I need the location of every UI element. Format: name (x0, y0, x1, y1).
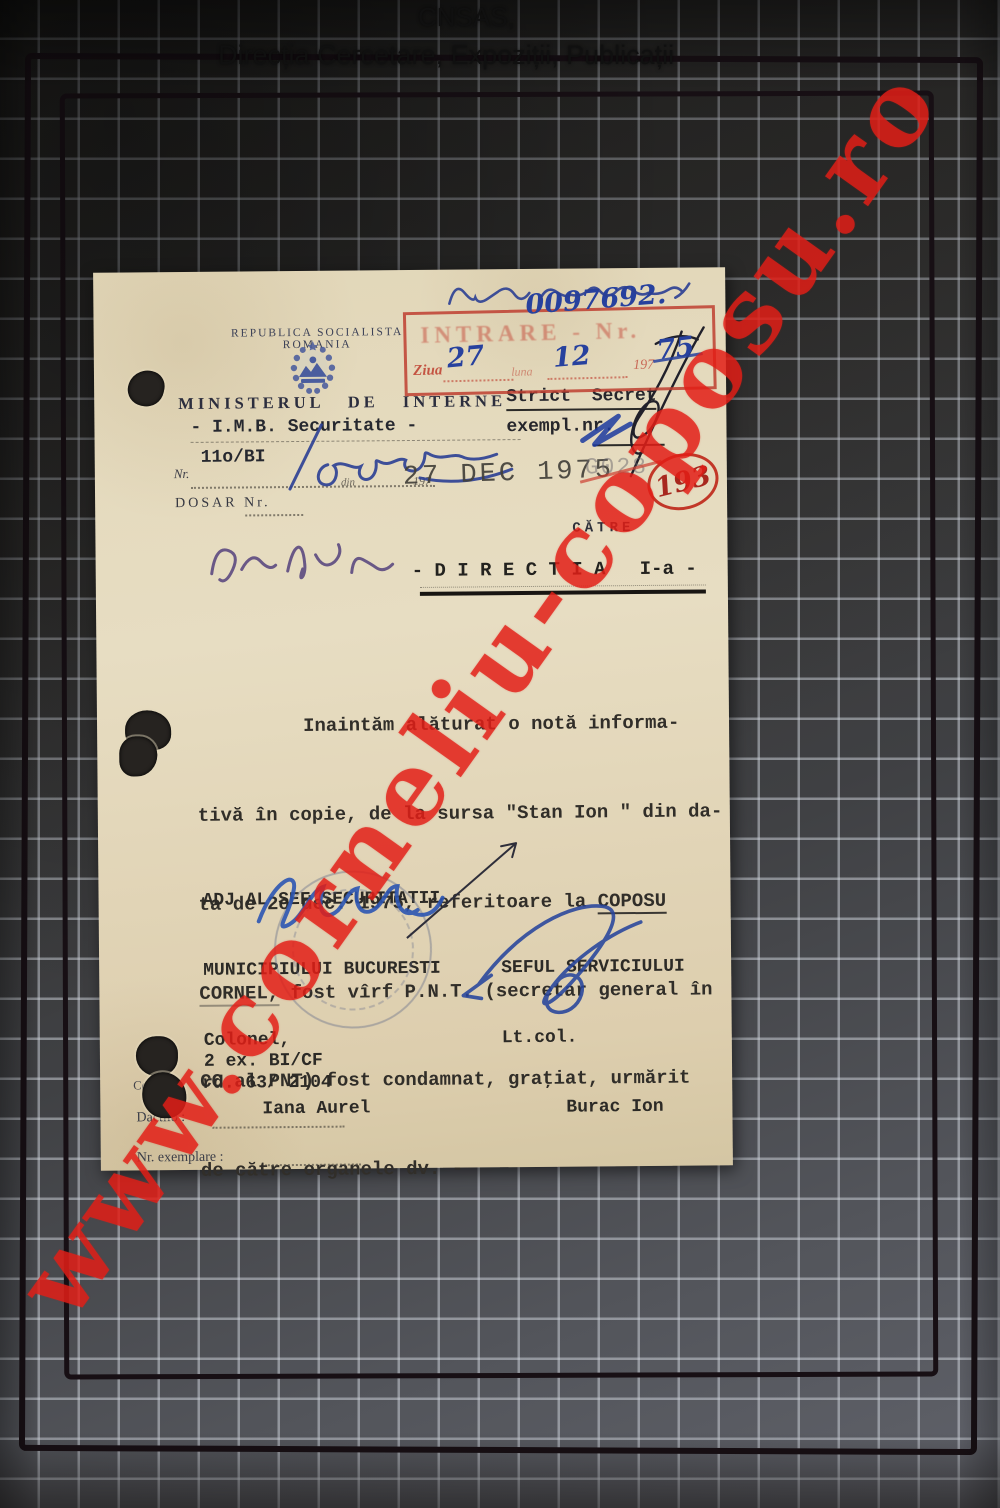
sig-left-name: Iana Aurel (204, 1097, 442, 1122)
entry-stamp-ziua-label: Ziua (413, 362, 443, 380)
footer-copies: 2 ex. BI/CF (204, 1051, 323, 1072)
nr-value: 11o/BI (201, 447, 266, 468)
handwritten-margin-note (203, 526, 399, 592)
date-received-stamp: 27 DEC 1975 (402, 455, 614, 492)
coat-of-arms-icon (289, 341, 337, 398)
hole-punch (136, 1036, 178, 1076)
body-line: tivă în copie, de la sursa "Stan Ion " d… (198, 797, 738, 831)
entry-stamp-box: INTRARE - Nr. Ziua 27 luna 12 197 75 (403, 305, 717, 396)
sig-left-line: Colonel, (204, 1027, 442, 1052)
footer-rd: rd. 63/ 2104 (202, 1073, 332, 1094)
body-line: Inaintăm alăturat o notă informa- (197, 708, 737, 742)
handwritten-note-top (443, 272, 695, 314)
sig-right-name: Burac Ion (502, 1095, 686, 1120)
stamp-dotted-rule (547, 376, 627, 380)
page-number: 193 (652, 460, 714, 504)
entry-day-handwritten: 27 (446, 340, 486, 374)
entry-stamp-luna-label: luna (511, 364, 533, 379)
hole-punch (125, 367, 167, 409)
directia-heading: - D I R E C T I A I-a - (412, 558, 697, 582)
footer-exemplare-label: Nr. exemplare : (137, 1150, 224, 1167)
hole-punch (119, 736, 157, 776)
dosar-leader-line (245, 513, 303, 517)
entry-month-handwritten: 12 (552, 340, 592, 374)
caption-organization: CNSAS, (418, 2, 515, 33)
caption-department: Direcția Cercetare, Expoziții, Publicați… (218, 40, 674, 71)
entry-stamp-year-printed: 197 (633, 358, 654, 374)
directia-underline (420, 589, 706, 595)
hole-punch (142, 1072, 186, 1118)
nr-label: Nr. (174, 466, 190, 482)
dosar-label: DOSAR Nr. (175, 495, 271, 512)
stamp-dotted-rule (443, 379, 513, 383)
directia-dotted-rule (420, 584, 706, 587)
archival-document: REPUBLICA SOCIALISTA ROMANIA MINISTERUL … (93, 267, 733, 1170)
catre-label: CĂTRE (572, 520, 634, 537)
sig-right-rank: Lt.col. (502, 1026, 686, 1051)
photo-scene: CNSAS, Direcția Cercetare, Expoziții, Pu… (0, 0, 1000, 1508)
signature-burac-ink (451, 896, 677, 1026)
